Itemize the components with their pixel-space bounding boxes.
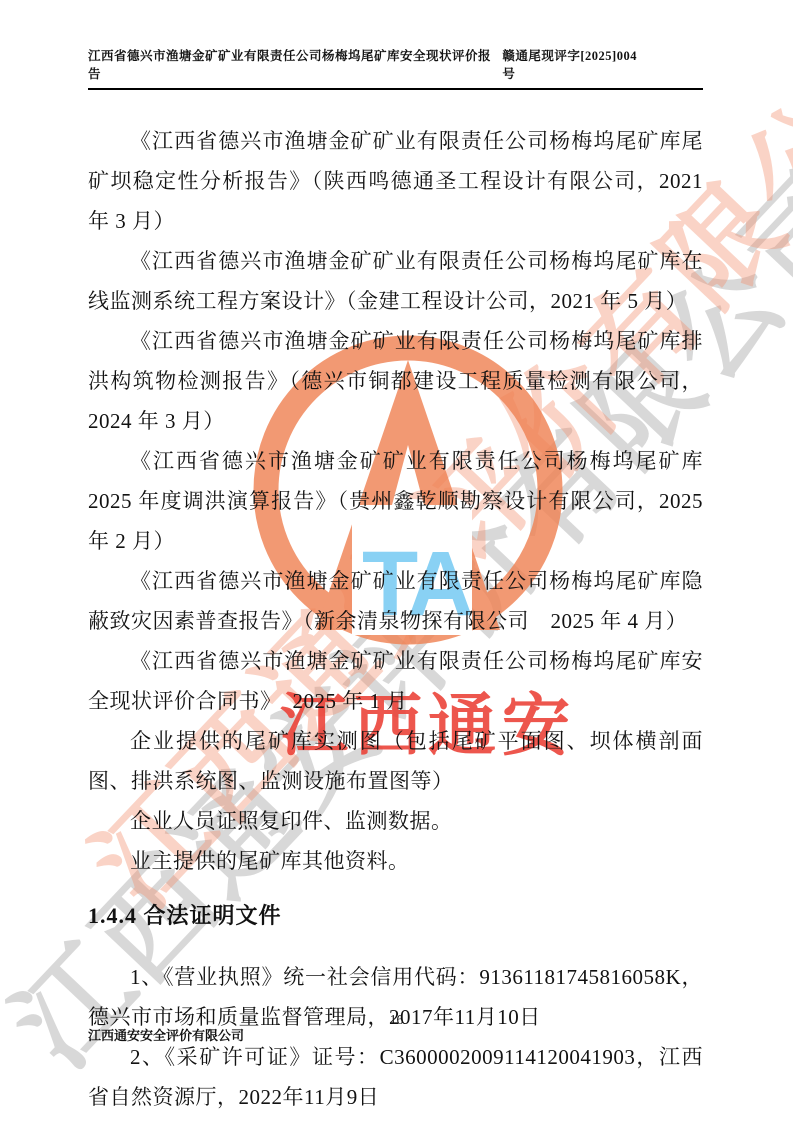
page-header: 江西省德兴市渔塘金矿矿业有限责任公司杨梅坞尾矿库安全现状评价报告 赣通尾现评字[… xyxy=(88,46,703,90)
body-paragraph: 《江西省德兴市渔塘金矿矿业有限责任公司杨梅坞尾矿库在线监测系统工程方案设计》（金… xyxy=(88,241,703,321)
footer-company: 江西通安安全评价有限公司 xyxy=(88,1025,244,1044)
body-paragraph: 企业人员证照复印件、监测数据。 xyxy=(88,801,703,841)
legal-item: 2、《采矿许可证》证号：C3600002009114120041903，江西省自… xyxy=(88,1037,703,1117)
body-paragraph: 《江西省德兴市渔塘金矿矿业有限责任公司杨梅坞尾矿库隐蔽致灾因素普查报告》（新余清… xyxy=(88,561,703,641)
body-paragraph: 《江西省德兴市渔塘金矿矿业有限责任公司杨梅坞尾矿库尾矿坝稳定性分析报告》（陕西鸣… xyxy=(88,121,703,241)
body-paragraph: 业主提供的尾矿库其他资料。 xyxy=(88,841,703,881)
report-number: 赣通尾现评字[2025]004 号 xyxy=(502,46,653,82)
section-heading: 1.4.4 合法证明文件 xyxy=(88,896,703,936)
page-header-title: 江西省德兴市渔塘金矿矿业有限责任公司杨梅坞尾矿库安全现状评价报告 xyxy=(88,46,502,82)
body-paragraph: 《江西省德兴市渔塘金矿矿业有限责任公司杨梅坞尾矿库排洪构筑物检测报告》（德兴市铜… xyxy=(88,321,703,441)
page-content: 江西省德兴市渔塘金矿矿业有限责任公司杨梅坞尾矿库安全现状评价报告 赣通尾现评字[… xyxy=(0,0,793,1117)
body-paragraph: 企业提供的尾矿库实测图（包括尾矿平面图、坝体横剖面图、排洪系统图、监测设施布置图… xyxy=(88,721,703,801)
body-paragraph: 《江西省德兴市渔塘金矿矿业有限责任公司杨梅坞尾矿库安全现状评价合同书》 2025… xyxy=(88,641,703,721)
body-paragraph: 《江西省德兴市渔塘金矿矿业有限责任公司杨梅坞尾矿库 2025 年度调洪演算报告》… xyxy=(88,441,703,561)
document-page: 江西通安评价有限公司 江西通安评价有限公司 TA 江西通安 江西省德兴市渔塘金矿… xyxy=(0,0,793,1122)
body-block: 《江西省德兴市渔塘金矿矿业有限责任公司杨梅坞尾矿库尾矿坝稳定性分析报告》（陕西鸣… xyxy=(88,121,703,1117)
